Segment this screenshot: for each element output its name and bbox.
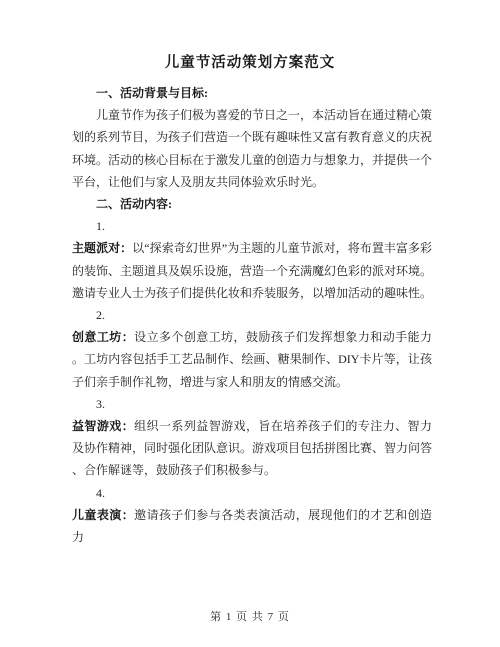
document-body: 一、活动背景与目标: 儿童节作为孩子们极为喜爱的节日之一，本活动旨在通过精心策划…	[72, 82, 432, 548]
list-item-paragraph: 主题派对：以“探索奇幻世界”为主题的儿童节派对，将布置丰富多彩的装饰、主题道具及…	[72, 237, 432, 304]
list-item-paragraph: 儿童表演：邀请孩子们参与各类表演活动，展现他们的才艺和创造力	[72, 504, 432, 548]
list-item-number: 2.	[72, 304, 432, 326]
list-item-number: 4.	[72, 482, 432, 504]
list-item-number: 1.	[72, 215, 432, 237]
section-heading-background-goals: 一、活动背景与目标:	[72, 82, 432, 104]
section-heading-activity-content: 二、活动内容:	[72, 193, 432, 215]
list-item-lead: 创意工坊：	[72, 330, 134, 344]
paragraph-background-goals: 儿童节作为孩子们极为喜爱的节日之一，本活动旨在通过精心策划的系列节目，为孩子们营…	[72, 104, 432, 193]
list-item-paragraph: 创意工坊：设立多个创意工坊，鼓励孩子们发挥想象力和动手能力。工坊内容包括手工艺品…	[72, 326, 432, 393]
list-item-lead: 主题派对：	[72, 241, 132, 255]
list-item-paragraph: 益智游戏：组织一系列益智游戏，旨在培养孩子们的专注力、智力及协作精神，同时强化团…	[72, 415, 432, 482]
list-item-lead: 益智游戏：	[72, 419, 134, 433]
document-title: 儿童节活动策划方案范文	[0, 0, 500, 76]
list-item-lead: 儿童表演：	[72, 508, 134, 522]
page-number-footer: 第 1 页 共 7 页	[0, 608, 500, 624]
document-page: 儿童节活动策划方案范文 一、活动背景与目标: 儿童节作为孩子们极为喜爱的节日之一…	[0, 0, 500, 647]
list-item-number: 3.	[72, 393, 432, 415]
